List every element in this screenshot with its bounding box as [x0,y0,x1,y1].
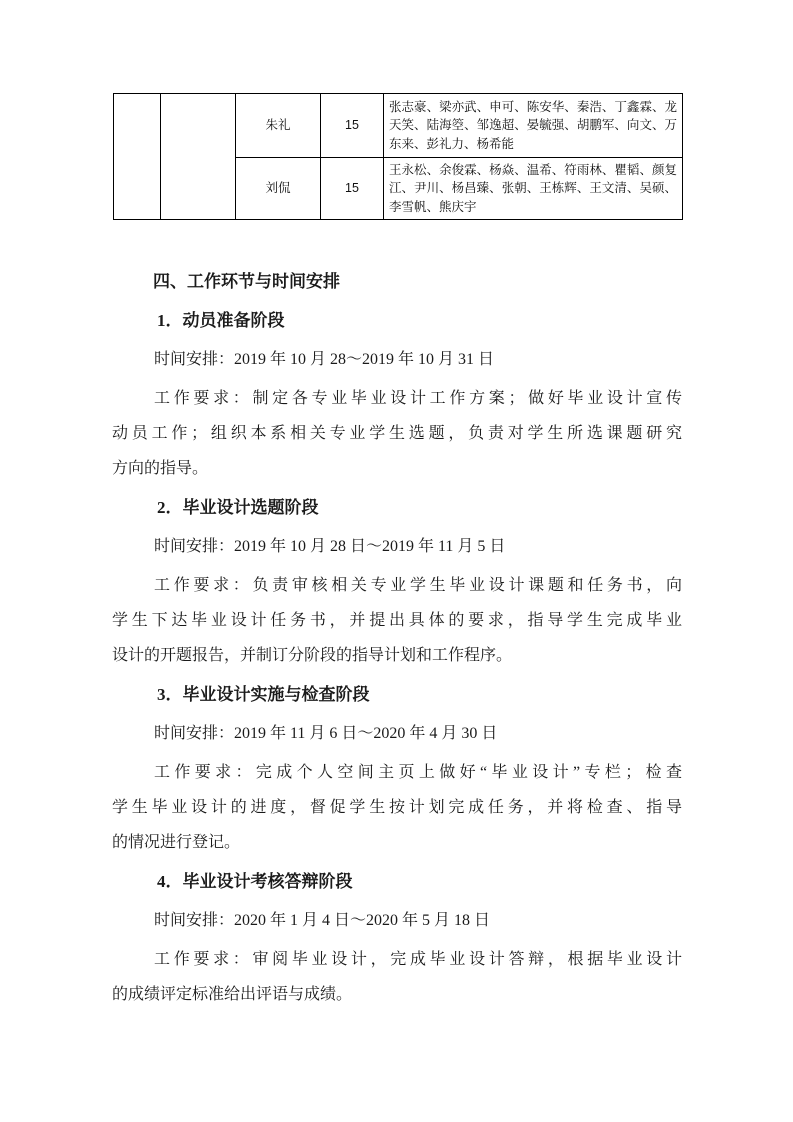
stage-block: 1．动员准备阶段 时间安排：2019 年 10 月 28～2019 年 10 月… [112,303,682,486]
time-schedule-line: 时间安排：2019 年 11 月 6 日～2020 年 4 月 30 日 [112,716,682,751]
student-names-line: 东来、彭礼力、杨希能 [389,135,677,154]
work-requirement-line: 的情况进行登记。 [112,825,682,860]
work-requirement-line: 学生下达毕业设计任务书，并提出具体的要求，指导学生完成毕业 [112,603,682,638]
work-requirement-line: 设计的开题报告，并制订分阶段的指导计划和工作程序。 [112,638,682,673]
stage-heading: 4．毕业设计考核答辩阶段 [112,864,682,899]
time-schedule-line: 时间安排：2019 年 10 月 28 日～2019 年 11 月 5 日 [112,529,682,564]
stage-block: 4．毕业设计考核答辩阶段 时间安排：2020 年 1 月 4 日～2020 年 … [112,864,682,1012]
work-requirement-line: 的成绩评定标准给出评语与成绩。 [112,977,682,1012]
advisor-name-cell: 朱礼 [236,94,321,158]
stage-heading: 1．动员准备阶段 [112,303,682,338]
section-heading: 四、工作环节与时间安排 [112,264,682,299]
work-requirement-line: 动员工作；组织本系相关专业学生选题，负责对学生所选课题研究 [112,416,682,451]
advisor-students-table: 朱礼 15 张志豪、梁亦武、申可、陈安华、秦浩、丁鑫霖、龙 天笑、陆海箜、邹逸超… [113,93,683,220]
advisor-name-cell: 刘侃 [236,158,321,220]
work-requirement-paragraph: 工作要求：完成个人空间主页上做好“毕业设计”专栏；检查 学生毕业设计的进度，督促… [112,755,682,860]
student-count-cell: 15 [321,158,384,220]
work-requirement-line: 工作要求：负责审核相关专业学生毕业设计课题和任务书，向 [112,568,682,603]
time-schedule-line: 时间安排：2020 年 1 月 4 日～2020 年 5 月 18 日 [112,903,682,938]
stage-block: 2．毕业设计选题阶段 时间安排：2019 年 10 月 28 日～2019 年 … [112,490,682,673]
student-names-line: 张志豪、梁亦武、申可、陈安华、秦浩、丁鑫霖、龙 [389,98,677,117]
student-names-line: 江、尹川、杨昌臻、张朝、王栋辉、王文清、吴硕、 [389,179,677,198]
student-names-line: 王永松、余俊霖、杨焱、温希、符雨林、瞿韬、颜复 [389,161,677,180]
work-requirement-line: 方向的指导。 [112,451,682,486]
student-names-line: 天笑、陆海箜、邹逸超、晏毓强、胡鹏军、向文、万 [389,116,677,135]
work-requirement-line: 工作要求：完成个人空间主页上做好“毕业设计”专栏；检查 [112,755,682,790]
student-names-line: 李雪帆、熊庆宇 [389,198,677,217]
work-requirement-paragraph: 工作要求：负责审核相关专业学生毕业设计课题和任务书，向 学生下达毕业设计任务书，… [112,568,682,673]
empty-cell [161,94,236,220]
stage-block: 3．毕业设计实施与检查阶段 时间安排：2019 年 11 月 6 日～2020 … [112,677,682,860]
stage-heading: 3．毕业设计实施与检查阶段 [112,677,682,712]
work-requirement-line: 工作要求：审阅毕业设计，完成毕业设计答辩，根据毕业设计 [112,942,682,977]
work-requirement-paragraph: 工作要求：审阅毕业设计，完成毕业设计答辩，根据毕业设计 的成绩评定标准给出评语与… [112,942,682,1012]
student-count-cell: 15 [321,94,384,158]
document-page: 朱礼 15 张志豪、梁亦武、申可、陈安华、秦浩、丁鑫霖、龙 天笑、陆海箜、邹逸超… [0,0,793,1122]
work-requirement-line: 工作要求：制定各专业毕业设计工作方案；做好毕业设计宣传 [112,381,682,416]
stage-heading: 2．毕业设计选题阶段 [112,490,682,525]
empty-cell [114,94,161,220]
time-schedule-line: 时间安排：2019 年 10 月 28～2019 年 10 月 31 日 [112,342,682,377]
work-requirement-line: 学生毕业设计的进度，督促学生按计划完成任务，并将检查、指导 [112,790,682,825]
table-row: 朱礼 15 张志豪、梁亦武、申可、陈安华、秦浩、丁鑫霖、龙 天笑、陆海箜、邹逸超… [114,94,683,158]
work-requirement-paragraph: 工作要求：制定各专业毕业设计工作方案；做好毕业设计宣传 动员工作；组织本系相关专… [112,381,682,486]
student-names-cell: 张志豪、梁亦武、申可、陈安华、秦浩、丁鑫霖、龙 天笑、陆海箜、邹逸超、晏毓强、胡… [384,94,683,158]
student-names-cell: 王永松、余俊霖、杨焱、温希、符雨林、瞿韬、颜复 江、尹川、杨昌臻、张朝、王栋辉、… [384,158,683,220]
